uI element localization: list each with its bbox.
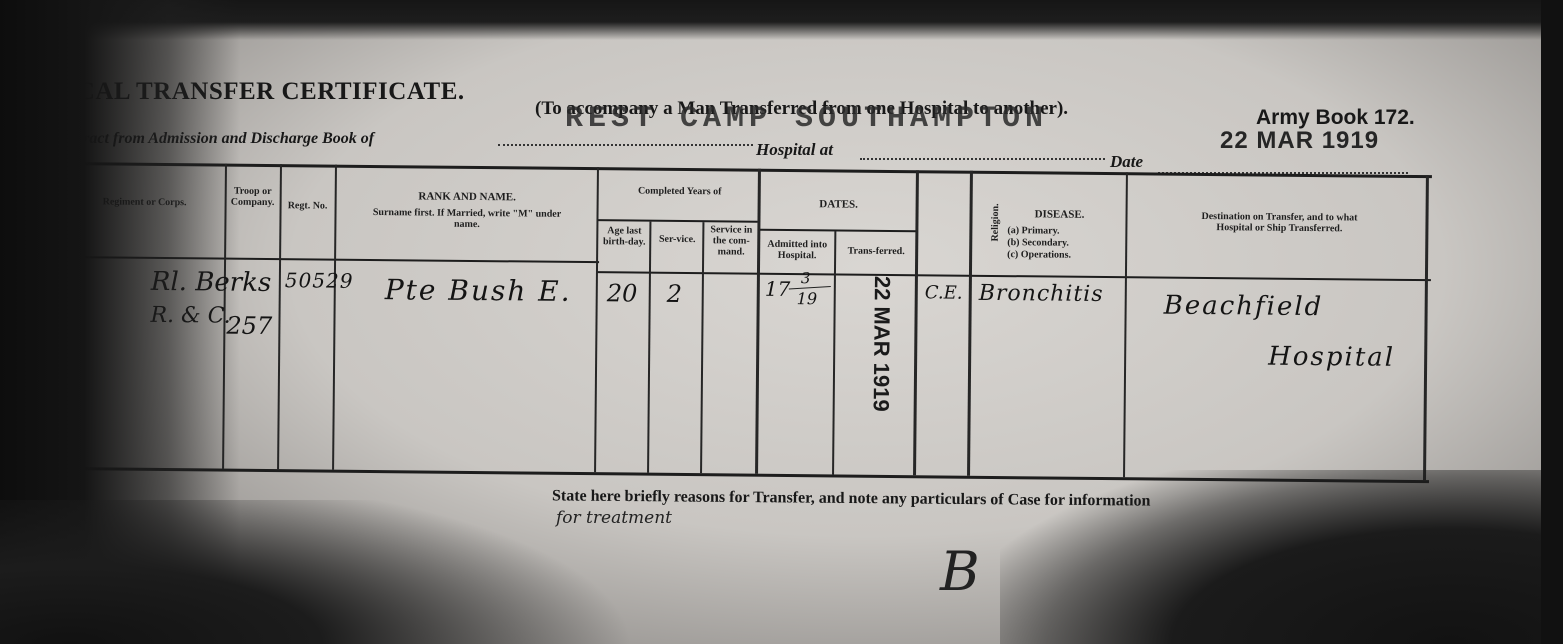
- completed-years-rule: [597, 219, 757, 223]
- header-transferred: Trans-ferred.: [837, 245, 915, 257]
- col-divider: [700, 222, 704, 473]
- cell-destination-line1: Beachfield: [1164, 291, 1324, 323]
- header-disease-a: (a) Primary.: [989, 225, 1117, 237]
- hospital-stamp: REST CAMP SOUTHAMPTON: [565, 102, 1048, 136]
- header-regt-no: Regt. No.: [282, 200, 334, 211]
- date-stamp: 22 MAR 1919: [1220, 127, 1379, 155]
- transfer-table: Regiment or Corps. Troop or Company. Reg…: [57, 162, 1432, 490]
- col-divider: [1423, 175, 1429, 480]
- dates-rule: [759, 229, 917, 233]
- col-divider: [647, 222, 651, 473]
- header-disease: DISEASE.: [1019, 209, 1099, 221]
- hospital-field-line: [860, 158, 1105, 160]
- extract-field-line: [498, 144, 753, 146]
- header-dates: DATES.: [760, 199, 918, 212]
- header-admitted: Admitted into Hospital.: [761, 239, 833, 262]
- header-age: Age last birth-day.: [599, 225, 649, 247]
- header-rank-name: RANK AND NAME.: [360, 191, 575, 204]
- cell-disease: Bronchitis: [979, 281, 1104, 307]
- col-divider: [594, 167, 599, 472]
- col-divider: [1123, 172, 1128, 477]
- cell-admitted-year: 19: [797, 289, 818, 308]
- cell-religion: C.E.: [925, 282, 963, 303]
- cell-admitted-month: 3: [801, 269, 811, 287]
- header-disease-b: (b) Secondary.: [989, 237, 1117, 249]
- hospital-at-label: Hospital at: [756, 140, 833, 160]
- header-destination: Destination on Transfer, and to what Hos…: [1199, 211, 1359, 235]
- header-rank-note: Surname first. If Married, write "M" und…: [359, 207, 574, 231]
- transferred-date-stamp: 22 MAR 1919: [868, 276, 895, 412]
- col-divider: [832, 231, 836, 474]
- cell-regt-no: 50529: [285, 268, 354, 293]
- col-divider: [755, 169, 761, 474]
- scan-shadow-bottom-left: [0, 500, 700, 644]
- cell-age: 20: [607, 279, 638, 307]
- scan-shadow-right: [1541, 0, 1563, 644]
- scan-shadow-bottom-right: [1000, 470, 1563, 644]
- col-divider: [967, 171, 973, 476]
- cell-rank-name: Pte Bush E.: [385, 273, 572, 308]
- header-completed-years: Completed Years of: [620, 185, 740, 197]
- header-service-command: Service in the com-mand.: [705, 224, 757, 257]
- date-label: Date: [1110, 152, 1143, 172]
- header-service: Ser-vice.: [652, 234, 702, 245]
- header-rule-right: [597, 271, 1431, 281]
- cell-destination-line2: Hospital: [1268, 342, 1395, 373]
- cell-admitted-day: 17: [765, 277, 791, 301]
- cell-service: 2: [667, 280, 683, 308]
- col-divider: [913, 170, 919, 475]
- header-disease-c: (c) Operations.: [989, 249, 1117, 261]
- signature: B: [940, 540, 980, 603]
